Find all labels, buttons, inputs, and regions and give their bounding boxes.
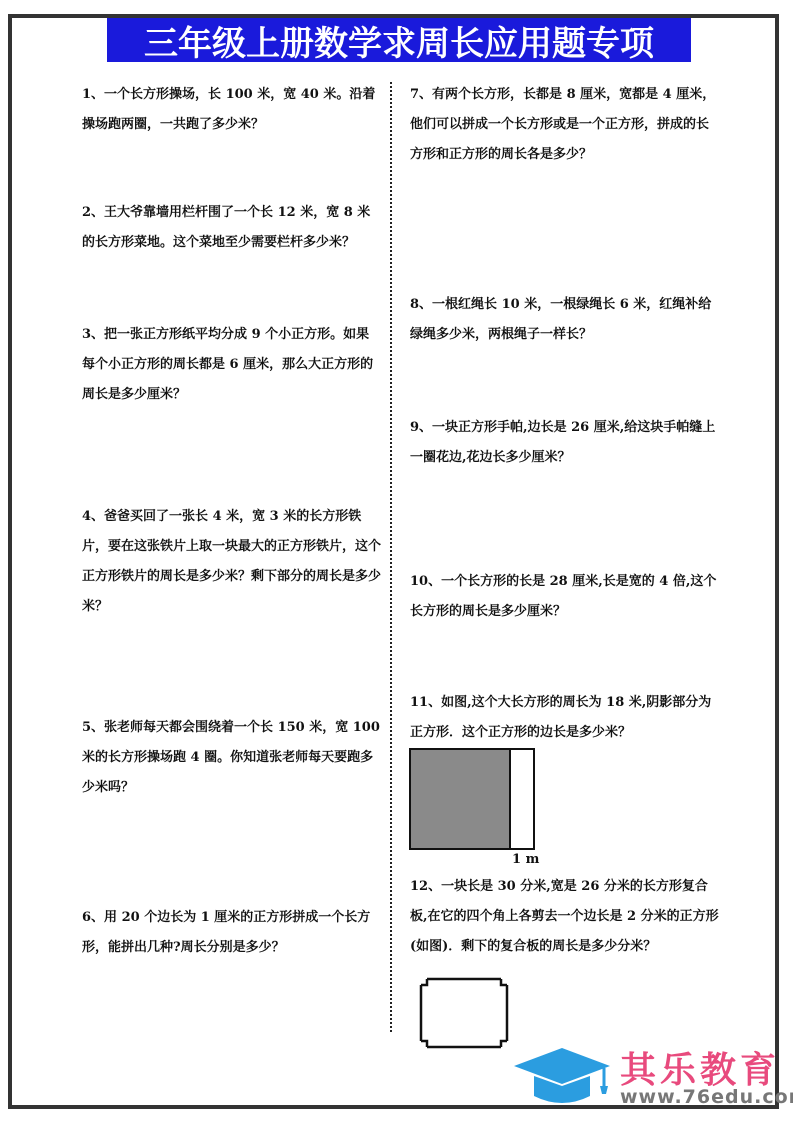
question-6: 6、用 20 个边长为 1 厘米的正方形拼成一个长方形，能拼出几种?周长分别是多…: [82, 903, 382, 963]
figure-12-board: [419, 977, 509, 1049]
graduation-cap-icon: [512, 1046, 612, 1106]
question-7: 7、有两个长方形，长都是 8 厘米，宽都是 4 厘米，他们可以拼成一个长方形或是…: [410, 80, 720, 170]
figure-11-label: 1 m: [512, 852, 539, 867]
figure-11-rectangle: [409, 748, 535, 850]
question-8: 8、一根红绳长 10 米，一根绿绳长 6 米，红绳补给绿绳多少米，两根绳子一样长…: [410, 290, 720, 350]
title-banner: 三年级上册数学求周长应用题专项: [107, 18, 691, 62]
question-9: 9、一块正方形手帕,边长是 26 厘米,给这块手帕缝上一圈花边,花边长多少厘米？: [410, 413, 720, 473]
column-divider: [390, 82, 392, 1032]
question-4: 4、爸爸买回了一张长 4 米，宽 3 米的长方形铁片，要在这张铁片上取一块最大的…: [82, 502, 382, 622]
question-10: 10、一个长方形的长是 28 厘米,长是宽的 4 倍,这个长方形的周长是多少厘米…: [410, 567, 720, 627]
logo-url: www.76edu.com: [620, 1086, 793, 1108]
question-1: 1、一个长方形操场，长 100 米，宽 40 米。沿着操场跑两圈，一共跑了多少米…: [82, 80, 382, 140]
shaded-square: [411, 750, 511, 848]
question-11: 11、如图,这个大长方形的周长为 18 米,阴影部分为正方形．这个正方形的边长是…: [410, 688, 720, 748]
question-2: 2、王大爷靠墙用栏杆围了一个长 12 米，宽 8 米的长方形菜地。这个菜地至少需…: [82, 198, 382, 258]
question-5: 5、张老师每天都会围绕着一个长 150 米，宽 100 米的长方形操场跑 4 圈…: [82, 713, 382, 803]
question-12: 12、一块长是 30 分米,宽是 26 分米的长方形复合板,在它的四个角上各剪去…: [410, 872, 720, 962]
question-3: 3、把一张正方形纸平均分成 9 个小正方形。如果每个小正方形的周长都是 6 厘米…: [82, 320, 382, 410]
unshaded-strip: [511, 750, 533, 848]
page-title: 三年级上册数学求周长应用题专项: [144, 16, 654, 65]
logo: 其乐教育 www.76edu.com: [512, 1038, 782, 1108]
